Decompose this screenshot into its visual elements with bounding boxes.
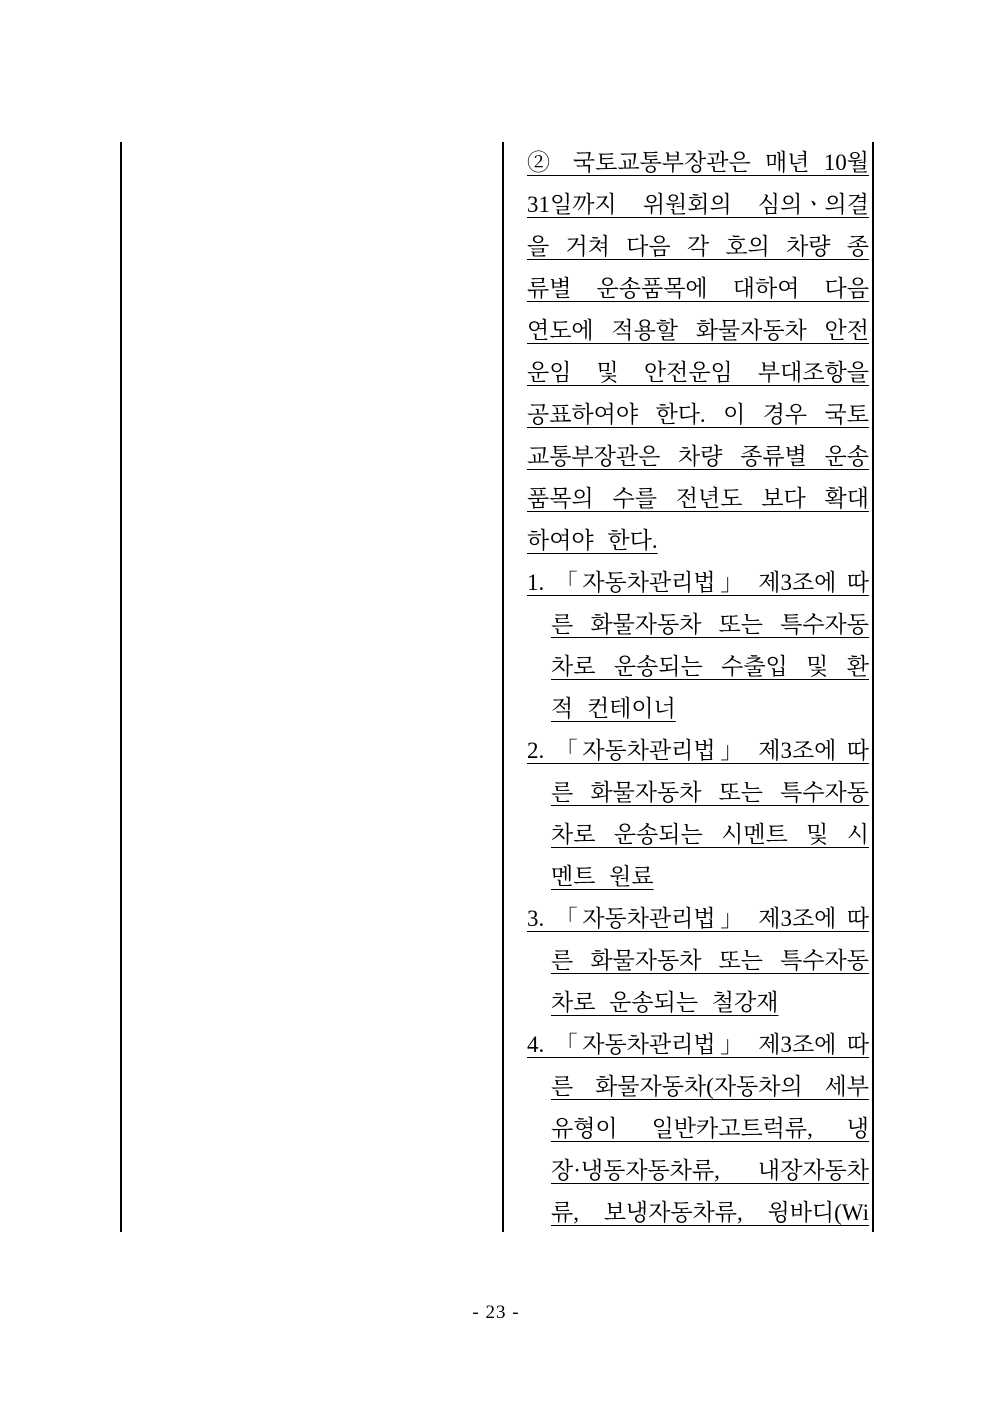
text-line: ② 국토교통부장관은 매년 10월 [527, 142, 869, 184]
text-line: 류, 보냉자동차류, 윙바디(Wi [527, 1192, 869, 1232]
text-line: 1. 「자동차관리법」 제3조에 따 [527, 562, 869, 604]
text-line: 장·냉동자동차류, 내장자동차 [527, 1150, 869, 1192]
text-line: 른 화물자동차 또는 특수자동 [527, 940, 869, 982]
table-cell-left [120, 142, 502, 1232]
text-line: 3. 「자동차관리법」 제3조에 따 [527, 898, 869, 940]
page-number: - 23 - [0, 1302, 992, 1324]
text-line: 른 화물자동차 또는 특수자동 [527, 604, 869, 646]
text-line: 공표하여야 한다. 이 경우 국토 [527, 394, 869, 436]
text-line: 을 거쳐 다음 각 호의 차량 종 [527, 226, 869, 268]
text-line: 른 화물자동차(자동차의 세부 [527, 1066, 869, 1108]
content-table: ② 국토교통부장관은 매년 10월31일까지 위원회의 심의ㆍ의결을 거쳐 다음… [120, 142, 874, 1232]
text-line: 차로 운송되는 철강재 [527, 982, 869, 1024]
text-line: 교통부장관은 차량 종류별 운송 [527, 436, 869, 478]
text-line: 류별 운송품목에 대하여 다음 [527, 268, 869, 310]
text-line: 른 화물자동차 또는 특수자동 [527, 772, 869, 814]
text-line: 품목의 수를 전년도 보다 확대 [527, 478, 869, 520]
text-line: 31일까지 위원회의 심의ㆍ의결 [527, 184, 869, 226]
text-line: 적 컨테이너 [527, 688, 869, 730]
text-line: 2. 「자동차관리법」 제3조에 따 [527, 730, 869, 772]
text-line: 4. 「자동차관리법」 제3조에 따 [527, 1024, 869, 1066]
text-line: 유형이 일반카고트럭류, 냉 [527, 1108, 869, 1150]
text-line: 차로 운송되는 시멘트 및 시 [527, 814, 869, 856]
text-line: 하여야 한다. [527, 520, 869, 562]
table-cell-right: ② 국토교통부장관은 매년 10월31일까지 위원회의 심의ㆍ의결을 거쳐 다음… [502, 142, 874, 1232]
text-line: 연도에 적용할 화물자동차 안전 [527, 310, 869, 352]
text-line: 멘트 원료 [527, 856, 869, 898]
document-page: ② 국토교통부장관은 매년 10월31일까지 위원회의 심의ㆍ의결을 거쳐 다음… [0, 0, 992, 1403]
text-line: 운임 및 안전운임 부대조항을 [527, 352, 869, 394]
text-line: 차로 운송되는 수출입 및 환 [527, 646, 869, 688]
